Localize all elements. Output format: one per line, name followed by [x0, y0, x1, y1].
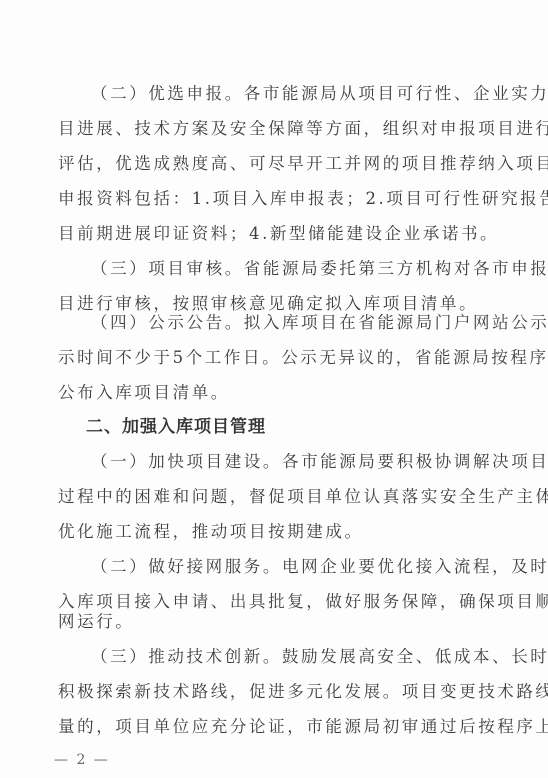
paragraph-line: 网运行。: [58, 612, 478, 632]
paragraph-line: 量的，项目单位应充分论证，市能源局初审通过后按程序上报变: [58, 717, 478, 737]
paragraph-line: 目进行审核，按照审核意见确定拟入库项目清单。: [58, 294, 478, 314]
paragraph-line: 过程中的困难和问题，督促项目单位认真落实安全生产主体责任，: [58, 487, 478, 507]
paragraph-line: 目进展、技术方案及安全保障等方面，组织对申报项目进行综合: [58, 119, 478, 139]
paragraph-line: 目前期进展印证资料；4.新型储能建设企业承诺书。: [58, 224, 478, 244]
paragraph-line: 入库项目接入申请、出具批复，做好服务保障，确保项目顺利并: [58, 592, 478, 612]
paragraph-line: 优化施工流程，推动项目按期建成。: [58, 522, 478, 542]
paragraph-line: （四）公示公告。拟入库项目在省能源局门户网站公示，公: [91, 313, 478, 333]
paragraph-line: 评估，优选成熟度高、可尽早开工并网的项目推荐纳入项目库。: [58, 154, 478, 174]
paragraph-line: （二）做好接网服务。电网企业要优化接入流程，及时受理: [91, 557, 478, 577]
paragraph-line: 公布入库项目清单。: [58, 383, 478, 403]
document-page: （二）优选申报。各市能源局从项目可行性、企业实力、项 目进展、技术方案及安全保障…: [0, 0, 548, 778]
paragraph-line: （三）项目审核。省能源局委托第三方机构对各市申报的项: [91, 259, 478, 279]
paragraph-line: 示时间不少于5个工作日。公示无异议的，省能源局按程序发文，: [58, 348, 478, 368]
page-number: — 2 —: [54, 752, 110, 768]
paragraph-line: 申报资料包括：1.项目入库申报表；2.项目可行性研究报告；3.项: [58, 189, 478, 209]
section-heading: 二、加强入库项目管理: [86, 417, 266, 437]
paragraph-line: （二）优选申报。各市能源局从项目可行性、企业实力、项: [91, 84, 478, 104]
paragraph-line: （三）推动技术创新。鼓励发展高安全、低成本、长时储能，: [91, 647, 478, 667]
paragraph-line: 积极探索新技术路线，促进多元化发展。项目变更技术路线或容: [58, 682, 478, 702]
paragraph-line: （一）加快项目建设。各市能源局要积极协调解决项目建设: [91, 452, 478, 472]
